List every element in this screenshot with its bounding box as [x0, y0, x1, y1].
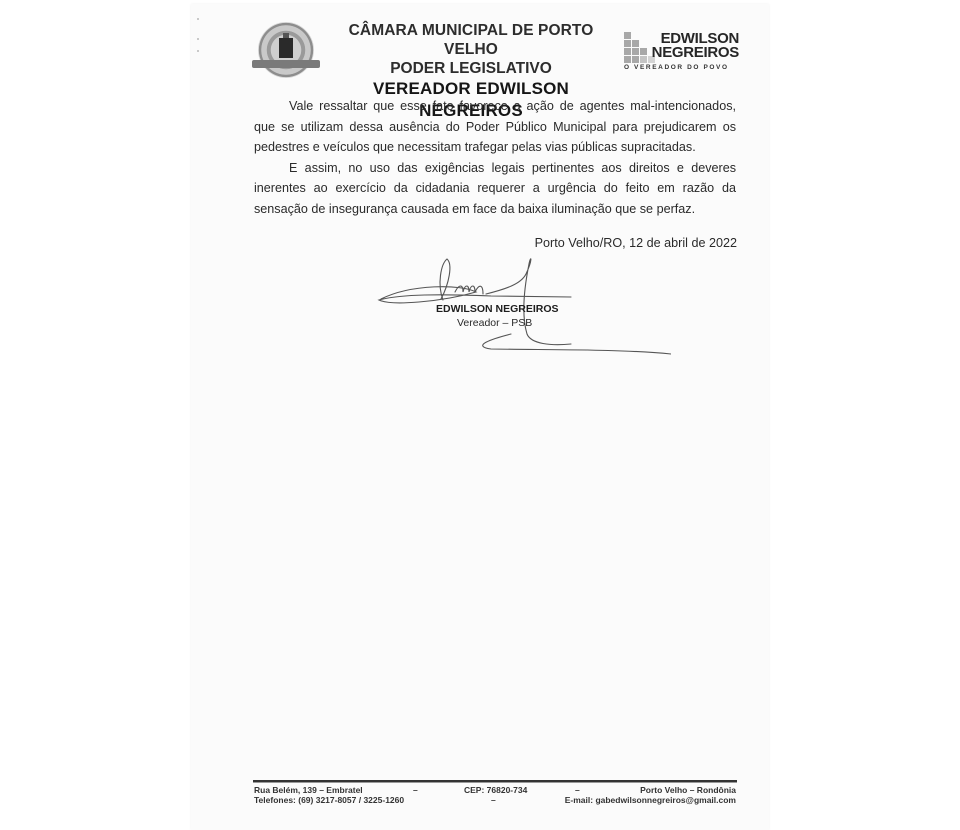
paragraph: E assim, no uso das exigências legais pe… [254, 158, 736, 220]
punch-mark [197, 18, 199, 20]
punch-mark [197, 50, 199, 52]
branch-name: PODER LEGISLATIVO [321, 59, 621, 78]
brand-name: EDWILSON NEGREIROS [652, 32, 739, 60]
footer-divider-shadow [253, 782, 737, 783]
municipal-seal-icon [258, 22, 314, 78]
institution-name: CÂMARA MUNICIPAL DE PORTO VELHO [321, 21, 621, 59]
footer-phones: Telefones: (69) 3217-8057 / 3225-1260 [254, 795, 404, 805]
paragraph: Vale ressaltar que esse fato favorece a … [254, 96, 736, 158]
brand-slogan: O VEREADOR DO POVO [624, 64, 729, 71]
signatory-role: Vereador – PSB [457, 317, 532, 329]
letter-body: Vale ressaltar que esse fato favorece a … [254, 96, 736, 220]
footer-city: Porto Velho – Rondônia [640, 785, 736, 795]
brand-logo: EDWILSON NEGREIROS O VEREADOR DO POVO [624, 32, 739, 76]
dateline: Porto Velho/RO, 12 de abril de 2022 [535, 236, 737, 250]
footer-address: Rua Belém, 139 – Embratel [254, 785, 363, 795]
footer-separator: – [413, 785, 418, 795]
footer-separator: – [575, 785, 580, 795]
signatory-name: EDWILSON NEGREIROS [436, 303, 559, 315]
footer-separator: – [491, 795, 496, 805]
document-page: CÂMARA MUNICIPAL DE PORTO VELHO PODER LE… [191, 4, 769, 830]
footer-cep: CEP: 76820-734 [464, 785, 527, 795]
footer-email: E-mail: gabedwilsonnegreiros@gmail.com [565, 795, 736, 805]
punch-mark [197, 38, 199, 40]
